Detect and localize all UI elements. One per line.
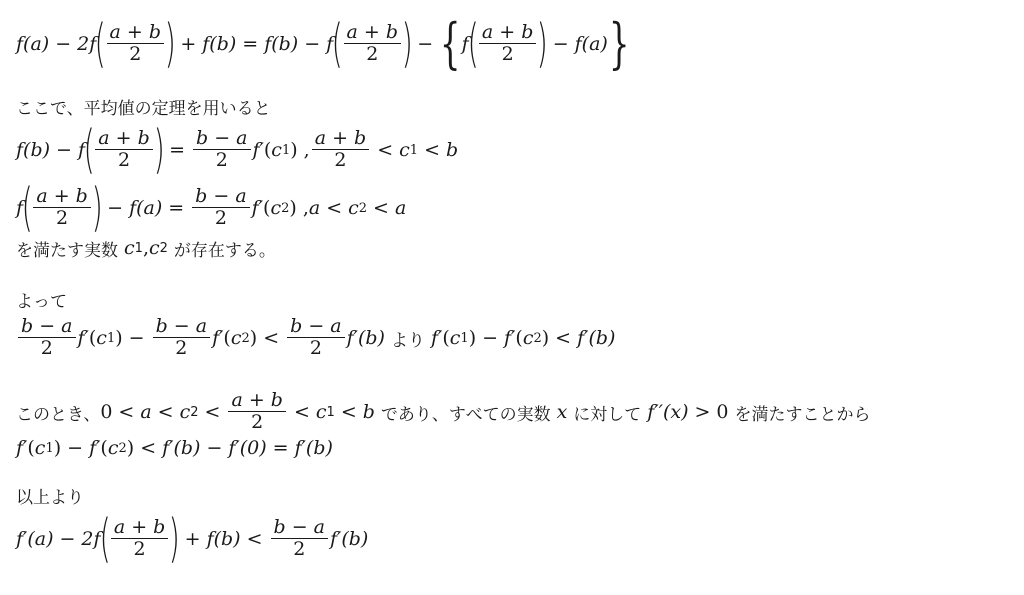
subscript: 1 — [282, 143, 290, 158]
operator: < — [373, 197, 389, 219]
fraction: a + b2 — [111, 518, 169, 560]
denominator: 2 — [172, 338, 190, 359]
term: f(b) — [264, 33, 298, 55]
paren: ) — [289, 197, 296, 219]
numerator: b − a — [192, 187, 250, 207]
term: a — [309, 197, 320, 219]
term: f′(b) — [347, 327, 385, 349]
fraction: b − a2 — [153, 317, 211, 359]
operator: − — [56, 139, 72, 161]
subscript: 2 — [281, 201, 289, 216]
denominator: 2 — [363, 44, 381, 65]
term: c — [348, 197, 359, 219]
operator: < — [326, 197, 342, 219]
denominator: 2 — [53, 208, 71, 229]
fraction: a + b2 — [312, 129, 370, 171]
fraction: b − a2 — [287, 317, 345, 359]
paren: ) — [402, 18, 413, 70]
denominator: 2 — [213, 150, 231, 171]
subscript: 2 — [359, 201, 367, 216]
term: f′ — [252, 197, 263, 219]
operator: < — [377, 139, 393, 161]
equation-4: b − a2 f′(c1) − b − a2 f′(c2) < b − a2 f… — [16, 310, 615, 366]
paren: ( — [22, 182, 33, 234]
fraction: a + b2 — [228, 391, 286, 433]
brace: { — [440, 17, 461, 71]
denominator: 2 — [248, 412, 266, 433]
paren: ) — [91, 182, 102, 234]
operator: − — [553, 33, 569, 55]
denominator: 2 — [126, 44, 144, 65]
comma: , — [304, 139, 310, 161]
numerator: a + b — [228, 391, 286, 411]
numerator: b − a — [153, 317, 211, 337]
numerator: a + b — [95, 129, 153, 149]
operator: − — [417, 33, 433, 55]
subscript: 2 — [160, 241, 168, 256]
term: f(a) — [129, 197, 162, 219]
text: であり、すべての実数 — [381, 400, 551, 425]
equation-3: f ( a + b2 ) − f(a) = b − a2 f′(c2) , a … — [16, 180, 406, 236]
operator: − — [129, 327, 145, 349]
term: f(b) — [202, 33, 236, 55]
denominator: 2 — [115, 150, 133, 171]
brace: } — [609, 17, 630, 71]
term: f′ — [504, 327, 515, 349]
text-kono-toki: このとき、 0 < a < c2 < a + b2 < c1 < b であり、す… — [16, 384, 871, 440]
text: 以上より — [16, 483, 84, 508]
text: を満たすことから — [735, 400, 871, 425]
paren: ( — [332, 18, 343, 70]
operator: + — [180, 33, 196, 55]
denominator: 2 — [499, 44, 517, 65]
fraction: a + b2 — [344, 23, 402, 65]
text-exists: を満たす実数 c1, c2 が存在する。 — [16, 235, 276, 261]
term: c — [270, 197, 281, 219]
term: f′ — [212, 327, 223, 349]
fraction: b − a2 — [192, 187, 250, 229]
numerator: a + b — [33, 187, 91, 207]
numerator: a + b — [312, 129, 370, 149]
term: f′ — [78, 327, 89, 349]
equation-1: f(a) − 2f ( a + b2 ) + f(b) = f(b) − f (… — [16, 14, 630, 74]
denominator: 2 — [307, 338, 325, 359]
term: f′ — [253, 139, 264, 161]
numerator: a + b — [107, 23, 165, 43]
term: f′(b) — [577, 327, 615, 349]
term: c — [271, 139, 282, 161]
operator: = — [168, 197, 184, 219]
fraction: a + b2 — [95, 129, 153, 171]
operator: − — [55, 33, 71, 55]
paren: ( — [95, 18, 106, 70]
text: を満たす実数 — [16, 236, 118, 261]
text: より — [391, 326, 425, 351]
fraction: a + b2 — [107, 23, 165, 65]
text: が存在する。 — [174, 236, 276, 261]
operator: − — [107, 197, 123, 219]
term: c — [399, 139, 410, 161]
text: ここで、平均値の定理を用いると — [16, 94, 271, 119]
numerator: b − a — [18, 317, 76, 337]
fraction: b − a2 — [271, 518, 329, 560]
fraction: b − a2 — [193, 129, 251, 171]
equation-6: f′(a) − 2f ( a + b2 ) + f(b) < b − a2 f′… — [16, 510, 368, 568]
paren: ) — [153, 124, 164, 176]
paren: ) — [165, 18, 176, 70]
operator: − — [304, 33, 320, 55]
text-koko-de: ここで、平均値の定理を用いると — [16, 94, 271, 118]
fraction: b − a2 — [18, 317, 76, 359]
fraction: a + b2 — [33, 187, 91, 229]
numerator: a + b — [344, 23, 402, 43]
denominator: 2 — [331, 150, 349, 171]
term: f(a) — [16, 33, 49, 55]
paren: ( — [467, 18, 478, 70]
denominator: 2 — [212, 208, 230, 229]
operator: < — [263, 327, 279, 349]
operator: < — [555, 327, 571, 349]
operator: = — [242, 33, 258, 55]
term: f(b) — [16, 139, 50, 161]
paren: ( — [84, 124, 95, 176]
paren: ( — [264, 139, 271, 161]
equation-5: f′(c1) − f′(c2) < f′(b) − f′(0) = f′(b) — [16, 434, 333, 462]
term: c — [149, 237, 160, 259]
term: c — [124, 237, 135, 259]
term: a — [395, 197, 406, 219]
paren: ) — [290, 139, 297, 161]
equation-2: f(b) − f ( a + b2 ) = b − a2 f′(c1) , a … — [16, 122, 458, 178]
term: f′ — [431, 327, 442, 349]
operator: − — [482, 327, 498, 349]
operator: < — [424, 139, 440, 161]
paren: ) — [537, 18, 548, 70]
paren: ( — [263, 197, 270, 219]
numerator: a + b — [479, 23, 537, 43]
text: に対して — [573, 400, 641, 425]
fraction: a + b2 — [479, 23, 537, 65]
term: b — [446, 139, 458, 161]
text-ijou-yori: 以上より — [16, 484, 84, 506]
operator: = — [169, 139, 185, 161]
text: このとき、 — [16, 400, 100, 425]
subscript: 1 — [410, 143, 418, 158]
denominator: 2 — [38, 338, 56, 359]
text-yotte: よって — [16, 288, 67, 310]
subscript: 1 — [135, 241, 143, 256]
text: よって — [16, 287, 67, 312]
numerator: b − a — [193, 129, 251, 149]
term: f(a) — [575, 33, 608, 55]
term: 2f — [77, 33, 96, 55]
numerator: b − a — [287, 317, 345, 337]
